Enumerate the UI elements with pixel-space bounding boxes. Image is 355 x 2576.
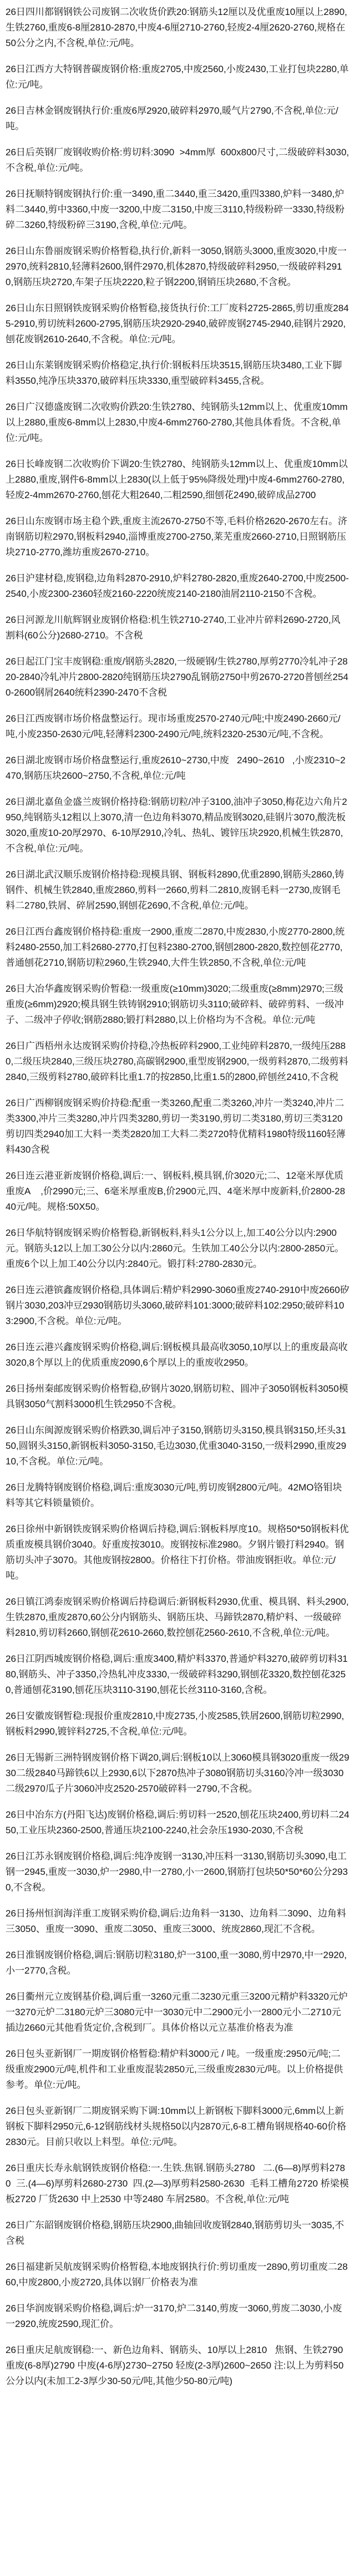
price-report-paragraph: 26日龙腾特钢废钢价格稳,调后:重废3030元/吨,剪切废钢2800元/吨。42… (6, 1480, 349, 1511)
price-report-paragraph: 26日江西台鑫废钢价格持稳:重废一2900,重废二2870,中废2830,小废2… (6, 924, 349, 971)
price-report-paragraph: 26日包头亚新钢厂二期废钢采购下调:10mm以上新钢板下脚料3000元,6mm以… (6, 2103, 349, 2150)
price-report-paragraph: 26日扬州恒润海洋重工废钢采购价稳,调后:边角料一3130、边角料二3090、边… (6, 1906, 349, 1937)
scrap-steel-price-report-document: 26日四川都钢钢铁公司废钢二次收货价跌20:钢筋头12厘以及优重废10厘以上28… (0, 0, 355, 2576)
price-report-paragraph: 26日湖北废钢市场价格盘整运行,重废2610~2730,中废 2490~2610… (6, 753, 349, 784)
price-report-paragraph: 26日起江门宝丰废钢稳:重废/钢筋头2820,一级硬钢/生铁2780,厚剪277… (6, 654, 349, 701)
price-report-paragraph: 26日江西方大特钢普碳废钢价格:重废2705,中废2560,小废2430,工业打… (6, 62, 349, 93)
price-report-paragraph: 26日江阴西城废钢价格稳,调后:重废3400,精炉料3370,普通炉料3270,… (6, 1651, 349, 1698)
price-report-paragraph: 26日福建新吴航废钢采购价格暂稳,本地废钢执行价:剪切重废一2890,剪切重废二… (6, 2259, 349, 2290)
price-report-paragraph: 26日扬州秦邮废钢采购价格暂稳,矽钢片3020,钢筋切粒、圆冲子3050钢板料3… (6, 1381, 349, 1412)
price-report-paragraph: 26日华航特钢废钢采购价格暂稳,新钢板料,料头1公分以上,加工40公分以内:29… (6, 1225, 349, 1272)
price-report-paragraph: 26日镇江鸿泰废钢采购价格调后持稳调后:新钢板料2930,优重、模具钢、料头29… (6, 1594, 349, 1641)
price-report-paragraph: 26日大冶华鑫废钢采购价暂稳:一级重废(≥10mm)3020;二级重废(≥8mm… (6, 981, 349, 1028)
price-report-paragraph: 26日湖北嘉鱼金盛兰废钢价格持稳:钢筋切粒/冲子3100,油冲子3050,梅花边… (6, 794, 349, 856)
price-report-paragraph: 26日山东闽源废钢采购价格跌30,调后冲子3150,钢筋切头3150,模具钢31… (6, 1423, 349, 1469)
price-report-paragraph: 26日徐州中新钢铁废钢采购价格调后持稳,调后:钢板料厚度10。规格50*50钢板… (6, 1522, 349, 1584)
price-report-paragraph: 26日无锡新三洲特钢废钢价格下调20,调后:钢板10以上3060模具钢3020重… (6, 1750, 349, 1797)
price-report-paragraph: 26日广东韶钢废钢价格稳,钢筋压块2900,曲轴回收废钢2840,钢筋剪切头一3… (6, 2218, 349, 2249)
price-report-paragraph: 26日连云港亚新废钢价格稳,调后:一、钢板料,模具钢,价3020元;二、12毫米… (6, 1168, 349, 1215)
price-report-paragraph: 26日广汉德盛废钢二次收购价跌20:生铁2780、纯钢筋头12mm以上、优重废1… (6, 399, 349, 446)
price-report-paragraph: 26日长峰废钢二次收购价下调20:生铁2780、纯钢筋头12mm以上、优重废10… (6, 457, 349, 503)
price-report-paragraph: 26日山东日照钢铁废钢采购价格暂稳,接货执行价:工厂废料2725-2865,剪切… (6, 301, 349, 347)
price-report-paragraph: 26日抚顺特钢废钢执行价:重一3490,重二3440,重三3420,重四3380… (6, 186, 349, 233)
price-report-paragraph: 26日广西梧州永达废钢采购价持稳,冷热板碎料2900,工业纯碎料2870,一级纯… (6, 1038, 349, 1085)
price-report-paragraph: 26日广西柳钢废钢采购价持稳:配重一类3260,配重二类3260,冲片一类324… (6, 1096, 349, 1158)
price-report-paragraph: 26日连云港镔鑫废钢价格稳,具体调后:精炉料2990-3060重废2740-29… (6, 1282, 349, 1329)
price-report-paragraph: 26日重庆足航废钢稳:一、新色边角料、钢筋头、10厚以上2810 焦钢、生铁27… (6, 2342, 349, 2389)
price-report-paragraph: 26日淮钢废钢价格稳,调后:钢筋切粒3180,炉一3100,重一3080,剪中2… (6, 1948, 349, 1979)
price-report-paragraph: 26日连云港兴鑫废钢采购价格稳,调后:钢板模具最高收3050,10厚以上的重废最… (6, 1340, 349, 1371)
price-report-paragraph: 26日沪建材稳,废钢稳,边角料2870-2910,炉料2780-2820,重废2… (6, 571, 349, 602)
price-report-paragraph: 26日江西废钢市场价格盘整运行。现市场重废2570-2740元/吨;中废2490… (6, 711, 349, 742)
price-report-paragraph: 26日河源龙川航辉钢业废钢价格稳:机生铁2710-2740,工业冲片碎料2690… (6, 612, 349, 643)
price-report-paragraph: 26日吉林金钢废钢执行价:重废6厚2920,破碎料2970,暖气片2790,不含… (6, 103, 349, 134)
price-report-paragraph: 26日中冶东方(丹阳飞达)废钢价格稳,调后:剪切料一2520,刨花压块2400,… (6, 1807, 349, 1838)
price-report-paragraph: 26日山东废钢市场主稳个跌,重废主流2670-2750不等,毛料价格2620-2… (6, 514, 349, 560)
price-report-paragraph: 26日山东鲁丽废钢采购价格暂稳,执行价,新料一3050,钢筋头3000,重废30… (6, 244, 349, 290)
price-report-paragraph: 26日后英钢厂废钢收购价格:剪切料:3090 >4mm厚 600x800尺寸,二… (6, 145, 349, 176)
price-report-paragraph: 26日湖北武汉顺乐废钢价格持稳:现模具钢、钢板料2890,优重2890,钢筋头2… (6, 867, 349, 914)
price-report-paragraph: 26日重庆长寿永航钢铁废钢价格稳:一.生铁.焦钢.钢筋头2780 二.(6—8)… (6, 2161, 349, 2207)
paragraph-list: 26日四川都钢钢铁公司废钢二次收货价跌20:钢筋头12厘以及优重废10厘以上28… (6, 4, 349, 2389)
price-report-paragraph: 26日衢州元立废钢基价稳,调后重一3260元重二3230元重三3200元精炉料3… (6, 1989, 349, 2036)
price-report-paragraph: 26日包头亚新钢厂一期废钢价格暂稳:精炉料3000元 / 吨。一级重废:2950… (6, 2046, 349, 2093)
price-report-paragraph: 26日山东莱钢废钢采购价格稳定,执行价:钢板料压块3515,钢筋压块3480,工… (6, 358, 349, 389)
price-report-paragraph: 26日安徽废钢暂稳:现报价重废2810,中废2735,小废2585,铁屑2600… (6, 1708, 349, 1740)
price-report-paragraph: 26日华润废钢采购价格稳,调后:炉一3170,炉二3140,剪废一3060,剪废… (6, 2301, 349, 2332)
price-report-paragraph: 26日四川都钢钢铁公司废钢二次收货价跌20:钢筋头12厘以及优重废10厘以上28… (6, 4, 349, 51)
price-report-paragraph: 26日江苏永钢废钢价格稳,调后:纯净废钢一3130,冲压料一3130,钢筋切头3… (6, 1849, 349, 1895)
